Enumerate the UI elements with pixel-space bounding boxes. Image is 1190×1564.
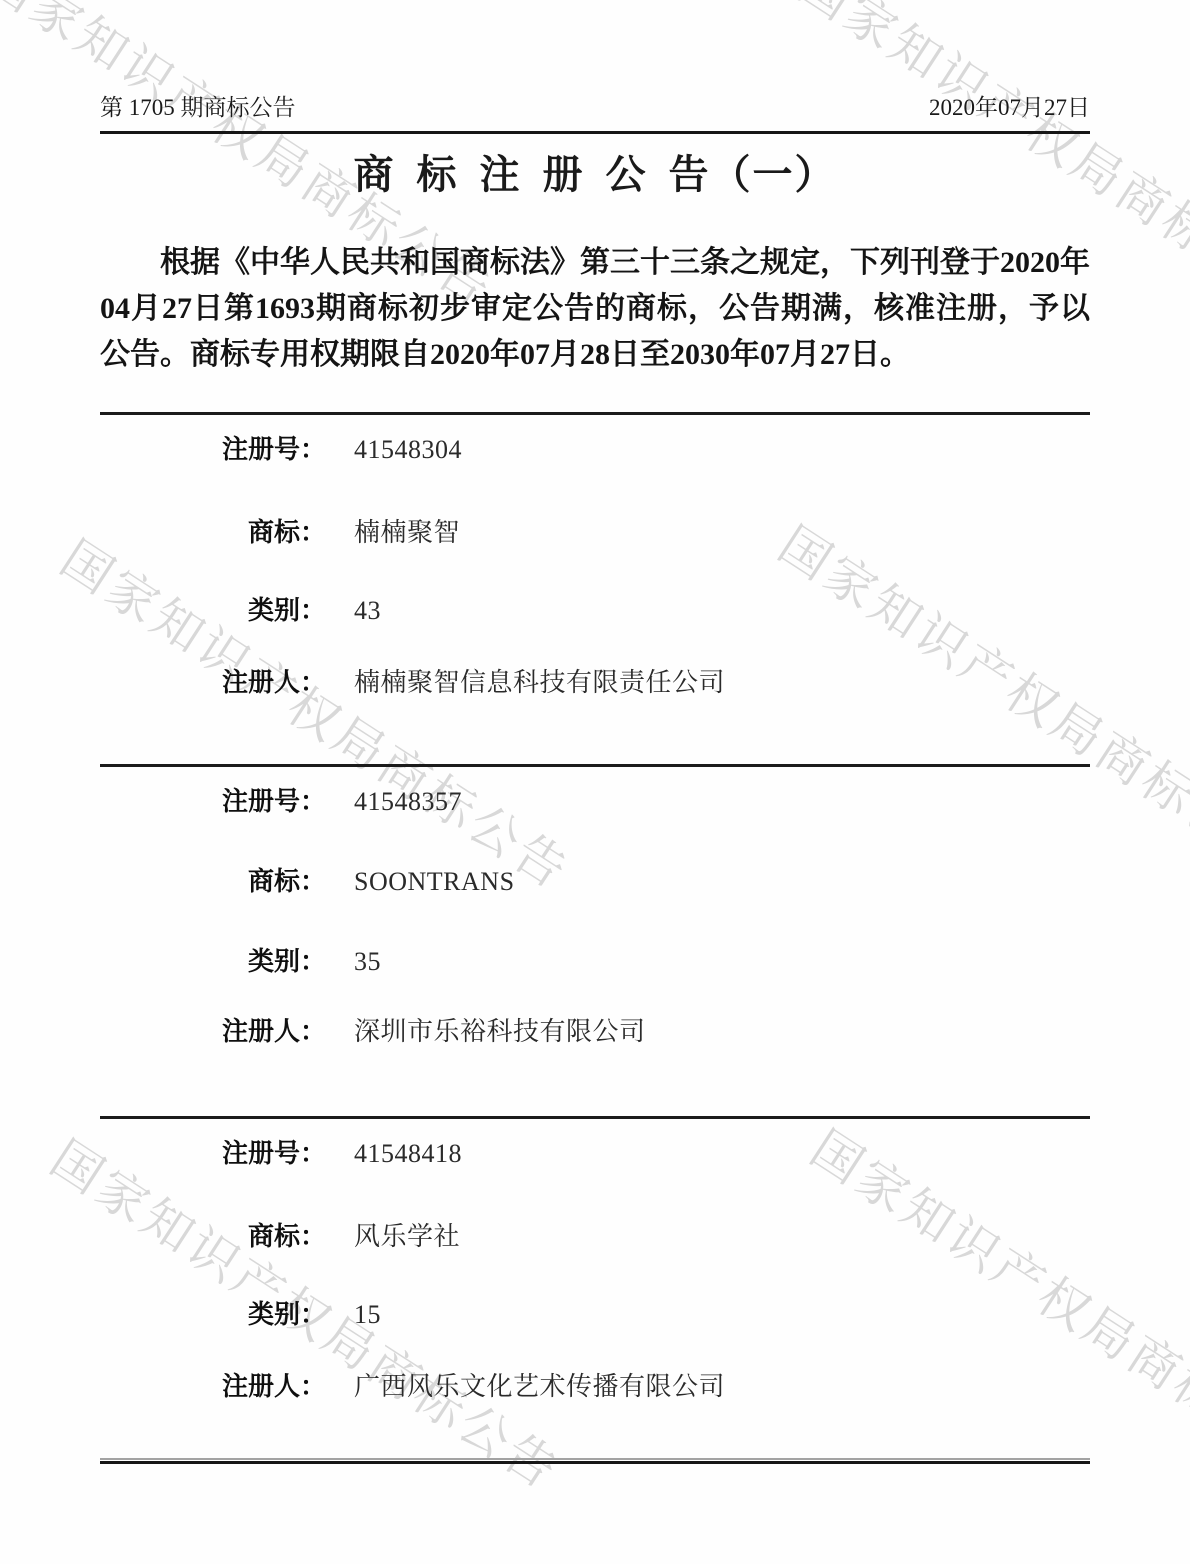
intro-line-2: 04月27日第1693期商标初步审定公告的商标，公告期满，核准注册，予以 xyxy=(100,286,1090,332)
trademark-label: 商标： xyxy=(100,866,326,898)
entry-separator xyxy=(100,412,1090,415)
intro-paragraph: 根据《中华人民共和国商标法》第三十三条之规定，下列刊登于2020年 04月27日… xyxy=(100,240,1090,378)
reg-no-label: 注册号： xyxy=(100,786,326,818)
entry-1-registrant-row: 注册人： 楠楠聚智信息科技有限责任公司 xyxy=(100,667,1090,699)
reg-no-label: 注册号： xyxy=(100,1138,326,1170)
class-label: 类别： xyxy=(100,595,326,627)
entry-1-trademark-row: 商标： 楠楠聚智 xyxy=(100,517,1090,549)
gazette-date: 2020年07月27日 xyxy=(929,94,1090,122)
reg-no-value: 41548304 xyxy=(354,434,462,466)
entry-2-reg-no-row: 注册号： 41548357 xyxy=(100,786,1090,818)
entry-separator xyxy=(100,1116,1090,1119)
registrant-label: 注册人： xyxy=(100,1371,326,1403)
class-value: 15 xyxy=(354,1299,381,1331)
class-label: 类别： xyxy=(100,946,326,978)
class-label: 类别： xyxy=(100,1299,326,1331)
entry-3-class-row: 类别： 15 xyxy=(100,1299,1090,1331)
gazette-page: 国家知识产权局商标公告 国家知识产权局商标公告 国家知识产权局商标公告 国家知识… xyxy=(0,0,1190,1564)
entry-1-reg-no-row: 注册号： 41548304 xyxy=(100,434,1090,466)
header-rule xyxy=(100,131,1090,134)
registrant-label: 注册人： xyxy=(100,1016,326,1048)
entry-separator xyxy=(100,764,1090,767)
trademark-label: 商标： xyxy=(100,1221,326,1253)
intro-line-1: 根据《中华人民共和国商标法》第三十三条之规定，下列刊登于2020年 xyxy=(100,240,1090,286)
reg-no-value: 41548357 xyxy=(354,786,462,818)
registrant-label: 注册人： xyxy=(100,667,326,699)
class-value: 35 xyxy=(354,946,381,978)
entry-3-reg-no-row: 注册号： 41548418 xyxy=(100,1138,1090,1170)
bottom-rule-thin xyxy=(100,1458,1090,1460)
trademark-value: 楠楠聚智 xyxy=(354,517,460,549)
trademark-value: 风乐学社 xyxy=(354,1221,460,1253)
watermark-middle-left: 国家知识产权局商标公告 xyxy=(49,520,586,904)
class-value: 43 xyxy=(354,595,381,627)
entry-3-trademark-row: 商标： 风乐学社 xyxy=(100,1221,1090,1253)
reg-no-value: 41548418 xyxy=(354,1138,462,1170)
bottom-rule xyxy=(100,1461,1090,1464)
registrant-value: 广西风乐文化艺术传播有限公司 xyxy=(354,1371,725,1403)
entry-1-class-row: 类别： 43 xyxy=(100,595,1090,627)
trademark-value: SOONTRANS xyxy=(354,866,515,898)
registrant-value: 楠楠聚智信息科技有限责任公司 xyxy=(354,667,725,699)
reg-no-label: 注册号： xyxy=(100,434,326,466)
entry-3-registrant-row: 注册人： 广西风乐文化艺术传播有限公司 xyxy=(100,1371,1090,1403)
entry-2-trademark-row: 商标： SOONTRANS xyxy=(100,866,1090,898)
trademark-label: 商标： xyxy=(100,517,326,549)
entry-2-class-row: 类别： 35 xyxy=(100,946,1090,978)
registrant-value: 深圳市乐裕科技有限公司 xyxy=(354,1016,646,1048)
page-title: 商 标 注 册 公 告（一） xyxy=(100,149,1090,201)
gazette-issue-number: 第 1705 期商标公告 xyxy=(100,94,296,122)
entry-2-registrant-row: 注册人： 深圳市乐裕科技有限公司 xyxy=(100,1016,1090,1048)
intro-line-3: 公告。商标专用权期限自2020年07月28日至2030年07月27日。 xyxy=(100,332,1090,378)
